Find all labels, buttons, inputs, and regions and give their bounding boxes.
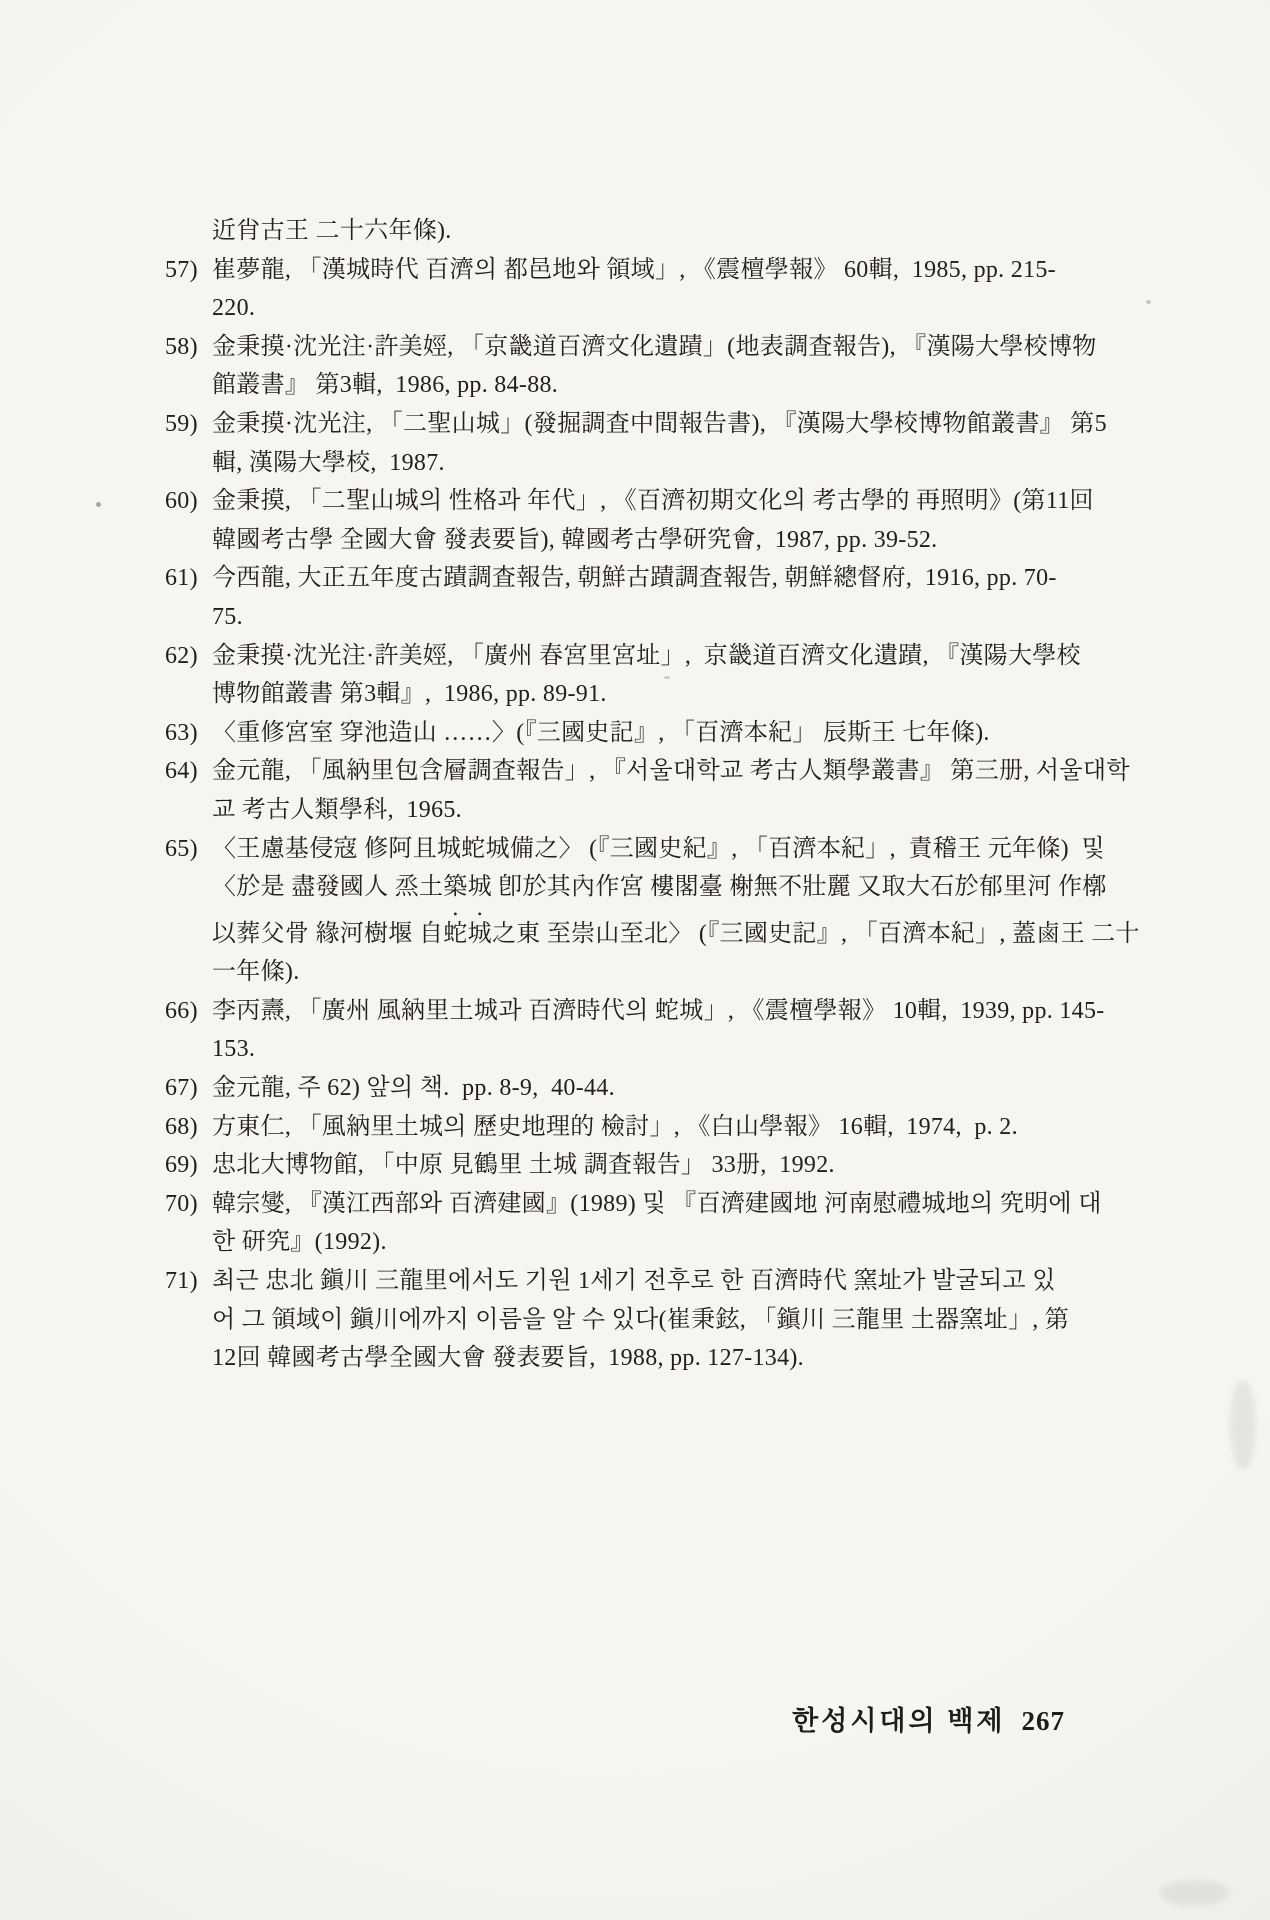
footnote-item: 69)忠北大博物館, 「中原 見鶴里 土城 調査報告」 33册, 1992. xyxy=(165,1146,1125,1185)
footnote-line: 方東仁, 「風納里土城의 歷史地理的 檢討」, 《白山學報》 16輯, 1974… xyxy=(212,1108,1125,1147)
scan-speck xyxy=(1146,300,1151,304)
footnote-line: 今西龍, 大正五年度古蹟調査報告, 朝鮮古蹟調査報告, 朝鮮總督府, 1916,… xyxy=(212,559,1125,598)
scan-speck xyxy=(96,502,101,507)
footnote-line: 220. xyxy=(212,289,1125,328)
footnote-line: 博物館叢書 第3輯』, 1986, pp. 89-91. xyxy=(212,675,1125,714)
footnote-number: 61) xyxy=(165,559,212,636)
footnote-lines: 金元龍, 주 62) 앞의 책. pp. 8-9, 40-44. xyxy=(212,1069,1125,1108)
footnote-lines: 李丙燾, 「廣州 風納里土城과 百濟時代의 蛇城」, 《震檀學報》 10輯, 1… xyxy=(212,992,1125,1069)
footnote-number: 59) xyxy=(165,405,212,482)
footnote-line: 〈王慮基侵寇 修阿且城蛇城備之〉 (『三國史紀』, 「百濟本紀」, 責稽王 元年… xyxy=(212,830,1125,869)
footnote-item: 63)〈重修宮室 穿池造山 ……〉(『三國史記』, 「百濟本紀」 辰斯王 七年條… xyxy=(165,714,1125,753)
footnote-line: 李丙燾, 「廣州 風納里土城과 百濟時代의 蛇城」, 《震檀學報》 10輯, 1… xyxy=(212,992,1125,1031)
footnote-lines: 金秉摸·沈光注, 「二聖山城」(發掘調査中間報告書), 『漢陽大學校博物館叢書』… xyxy=(212,405,1125,482)
footnote-line: 金秉摸·沈光注·許美娙, 「廣州 春宮里宮址」, 京畿道百濟文化遺蹟, 『漢陽大… xyxy=(212,637,1125,676)
footnote-line: 館叢書』 第3輯, 1986, pp. 84-88. xyxy=(212,366,1125,405)
footnote-text: 輯, 漢陽大學校, 1987. xyxy=(212,450,445,476)
footnote-item: 61)今西龍, 大正五年度古蹟調査報告, 朝鮮古蹟調査報告, 朝鮮總督府, 19… xyxy=(165,559,1125,636)
footnote-line: 韓國考古學 全國大會 發表要旨), 韓國考古學研究會, 1987, pp. 39… xyxy=(212,521,1125,560)
footnote-text: 金元龍, 주 62) 앞의 책. pp. 8-9, 40-44. xyxy=(212,1075,615,1101)
footnote-text: 한 研究』(1992). xyxy=(212,1229,387,1255)
footnote-text: 〈重修宮室 穿池造山 ……〉(『三國史記』, 「百濟本紀」 辰斯王 七年條). xyxy=(212,720,990,746)
scan-speck xyxy=(664,676,670,679)
footnote-text: 金秉摸·沈光注·許美娙, 「廣州 春宮里宮址」, 京畿道百濟文化遺蹟, 『漢陽大… xyxy=(212,643,1081,669)
footnote-text: 교 考古人類學科, 1965. xyxy=(212,797,462,823)
footnote-text: 최근 忠北 鎭川 三龍里에서도 기원 1세기 전후로 한 百濟時代 窯址가 발굴… xyxy=(212,1268,1056,1294)
footnote-lines: 金元龍, 「風納里包含層調査報告」, 『서울대학교 考古人類學叢書』 第三册, … xyxy=(212,752,1125,829)
footnote-number: 65) xyxy=(165,830,212,992)
footnote-text: 어 그 領域이 鎭川에까지 이름을 알 수 있다(崔秉鉉, 「鎭川 三龍里 土器… xyxy=(212,1307,1069,1333)
footnote-text: 〈王慮基侵寇 修阿且城蛇城備之〉 (『三國史紀』, 「百濟本紀」, 責稽王 元年… xyxy=(212,836,1105,862)
footnote-text: 李丙燾, 「廣州 風納里土城과 百濟時代의 蛇城」, 《震檀學報》 10輯, 1… xyxy=(212,998,1105,1024)
footnote-item: 59)金秉摸·沈光注, 「二聖山城」(發掘調査中間報告書), 『漢陽大學校博物館… xyxy=(165,405,1125,482)
footnote-number: 68) xyxy=(165,1108,212,1147)
footnote-text: 〈於是 盡發國人 烝土築城 卽於其內作宮 樓閣臺 榭無不壯麗 又取大石於郁里河 … xyxy=(212,874,1107,900)
scan-smudge xyxy=(1230,1380,1256,1470)
footnote-lines: 今西龍, 大正五年度古蹟調査報告, 朝鮮古蹟調査報告, 朝鮮總督府, 1916,… xyxy=(212,559,1125,636)
footnote-text: 75. xyxy=(212,604,243,630)
footnote-text: 153. xyxy=(212,1036,255,1062)
footnote-text: 以葬父骨 緣河樹堰 自 xyxy=(212,921,443,947)
footnote-lines: 〈王慮基侵寇 修阿且城蛇城備之〉 (『三國史紀』, 「百濟本紀」, 責稽王 元年… xyxy=(212,830,1125,992)
footnote-line: 一年條). xyxy=(212,953,1125,992)
footnote-number: 66) xyxy=(165,992,212,1069)
footnote-item: 68)方東仁, 「風納里土城의 歷史地理的 檢討」, 《白山學報》 16輯, 1… xyxy=(165,1108,1125,1147)
footnote-text: 今西龍, 大正五年度古蹟調査報告, 朝鮮古蹟調査報告, 朝鮮總督府, 1916,… xyxy=(212,565,1057,591)
footnote-text: 12回 韓國考古學全國大會 發表要旨, 1988, pp. 127-134). xyxy=(212,1345,804,1371)
footnote-item: 64)金元龍, 「風納里包含層調査報告」, 『서울대학교 考古人類學叢書』 第三… xyxy=(165,752,1125,829)
footnote-line: 한 研究』(1992). xyxy=(212,1223,1125,1262)
footnote-text: 之東 至崇山至北〉 (『三國史記』, 「百濟本紀」, 蓋鹵王 二十 xyxy=(492,921,1140,947)
page-footer: 한성시대의 백제267 xyxy=(753,1668,1065,1769)
footnote-number: 67) xyxy=(165,1069,212,1108)
footnote-number: 64) xyxy=(165,752,212,829)
footnote-text: 220. xyxy=(212,295,255,321)
footnote-number: 58) xyxy=(165,328,212,405)
footnote-list: 57)崔夢龍, 「漢城時代 百濟의 都邑地와 領域」, 《震檀學報》 60輯, … xyxy=(165,251,1125,1378)
footnote-text: 館叢書』 第3輯, 1986, pp. 84-88. xyxy=(212,372,558,398)
footnote-continuation-line: 近肖古王 二十六年條). xyxy=(212,212,1125,251)
page-number: 267 xyxy=(1022,1706,1066,1736)
footnote-line: 金元龍, 「風納里包含層調査報告」, 『서울대학교 考古人類學叢書』 第三册, … xyxy=(212,752,1125,791)
footnote-lines: 〈重修宮室 穿池造山 ……〉(『三國史記』, 「百濟本紀」 辰斯王 七年條). xyxy=(212,714,1125,753)
footnotes-section: 近肖古王 二十六年條). 57)崔夢龍, 「漢城時代 百濟의 都邑地와 領域」,… xyxy=(165,212,1125,1378)
footnote-lines: 忠北大博物館, 「中原 見鶴里 土城 調査報告」 33册, 1992. xyxy=(212,1146,1125,1185)
footnote-lines: 金秉摸·沈光注·許美娙, 「廣州 春宮里宮址」, 京畿道百濟文化遺蹟, 『漢陽大… xyxy=(212,637,1125,714)
footnote-number: 70) xyxy=(165,1185,212,1262)
footnote-line: 〈重修宮室 穿池造山 ……〉(『三國史記』, 「百濟本紀」 辰斯王 七年條). xyxy=(212,714,1125,753)
footnote-text: 忠北大博物館, 「中原 見鶴里 土城 調査報告」 33册, 1992. xyxy=(212,1152,835,1178)
footnote-text: 金秉摸·沈光注·許美娙, 「京畿道百濟文化遺蹟」(地表調査報告), 『漢陽大學校… xyxy=(212,334,1097,360)
footnote-text: 博物館叢書 第3輯』, 1986, pp. 89-91. xyxy=(212,681,607,707)
footnote-line: 〈於是 盡發國人 烝土築城 卽於其內作宮 樓閣臺 榭無不壯麗 又取大石於郁里河 … xyxy=(212,868,1125,907)
footnote-lines: 方東仁, 「風納里土城의 歷史地理的 檢討」, 《白山學報》 16輯, 1974… xyxy=(212,1108,1125,1147)
footnote-number: 69) xyxy=(165,1146,212,1185)
footnote-text: 金秉摸·沈光注, 「二聖山城」(發掘調査中間報告書), 『漢陽大學校博物館叢書』… xyxy=(212,411,1107,437)
footnote-line: 輯, 漢陽大學校, 1987. xyxy=(212,444,1125,483)
footnote-item: 62)金秉摸·沈光注·許美娙, 「廣州 春宮里宮址」, 京畿道百濟文化遺蹟, 『… xyxy=(165,637,1125,714)
footnote-lines: 최근 忠北 鎭川 三龍里에서도 기원 1세기 전후로 한 百濟時代 窯址가 발굴… xyxy=(212,1262,1125,1378)
footnote-lines: 韓宗燮, 『漢江西部와 百濟建國』(1989) 및 『百濟建國地 河南慰禮城地의… xyxy=(212,1185,1125,1262)
footnote-line: 어 그 領域이 鎭川에까지 이름을 알 수 있다(崔秉鉉, 「鎭川 三龍里 土器… xyxy=(212,1301,1125,1340)
footnote-text: 金元龍, 「風納里包含層調査報告」, 『서울대학교 考古人類學叢書』 第三册, … xyxy=(212,758,1130,784)
emphasized-text: 蛇城 xyxy=(443,921,492,947)
footnote-lines: 金秉摸, 「二聖山城의 性格과 年代」, 《百濟初期文化의 考古學的 再照明》(… xyxy=(212,482,1125,559)
footnote-number: 60) xyxy=(165,482,212,559)
footnote-lines: 金秉摸·沈光注·許美娙, 「京畿道百濟文化遺蹟」(地表調査報告), 『漢陽大學校… xyxy=(212,328,1125,405)
footnote-line: 153. xyxy=(212,1030,1125,1069)
footnote-item: 57)崔夢龍, 「漢城時代 百濟의 都邑地와 領域」, 《震檀學報》 60輯, … xyxy=(165,251,1125,328)
footnote-line: 韓宗燮, 『漢江西部와 百濟建國』(1989) 및 『百濟建國地 河南慰禮城地의… xyxy=(212,1185,1125,1224)
footnote-text: 金秉摸, 「二聖山城의 性格과 年代」, 《百濟初期文化의 考古學的 再照明》(… xyxy=(212,488,1094,514)
footnote-line: 金秉摸, 「二聖山城의 性格과 年代」, 《百濟初期文化의 考古學的 再照明》(… xyxy=(212,482,1125,521)
footnote-line: 75. xyxy=(212,598,1125,637)
scan-smudge xyxy=(1160,1880,1230,1906)
footnote-item: 70)韓宗燮, 『漢江西部와 百濟建國』(1989) 및 『百濟建國地 河南慰禮… xyxy=(165,1185,1125,1262)
footnote-line: 교 考古人類學科, 1965. xyxy=(212,791,1125,830)
footnote-item: 71)최근 忠北 鎭川 三龍里에서도 기원 1세기 전후로 한 百濟時代 窯址가… xyxy=(165,1262,1125,1378)
footnote-line: 金秉摸·沈光注·許美娙, 「京畿道百濟文化遺蹟」(地表調査報告), 『漢陽大學校… xyxy=(212,328,1125,367)
footnote-number: 71) xyxy=(165,1262,212,1378)
footnote-item: 65)〈王慮基侵寇 修阿且城蛇城備之〉 (『三國史紀』, 「百濟本紀」, 責稽王… xyxy=(165,830,1125,992)
footnote-text: 韓宗燮, 『漢江西部와 百濟建國』(1989) 및 『百濟建國地 河南慰禮城地의… xyxy=(212,1191,1102,1217)
footnote-line: 12回 韓國考古學全國大會 發表要旨, 1988, pp. 127-134). xyxy=(212,1339,1125,1378)
footnote-text: 韓國考古學 全國大會 發表要旨), 韓國考古學研究會, 1987, pp. 39… xyxy=(212,527,937,553)
scanned-page: 近肖古王 二十六年條). 57)崔夢龍, 「漢城時代 百濟의 都邑地와 領域」,… xyxy=(0,0,1270,1920)
footnote-number: 62) xyxy=(165,637,212,714)
footnote-item: 67)金元龍, 주 62) 앞의 책. pp. 8-9, 40-44. xyxy=(165,1069,1125,1108)
footnote-item: 60)金秉摸, 「二聖山城의 性格과 年代」, 《百濟初期文化의 考古學的 再照… xyxy=(165,482,1125,559)
footnote-text: 方東仁, 「風納里土城의 歷史地理的 檢討」, 《白山學報》 16輯, 1974… xyxy=(212,1114,1018,1140)
footnote-text: 崔夢龍, 「漢城時代 百濟의 都邑地와 領域」, 《震檀學報》 60輯, 198… xyxy=(212,257,1056,283)
footnote-line: 以葬父骨 緣河樹堰 自蛇城之東 至崇山至北〉 (『三國史記』, 「百濟本紀」, … xyxy=(212,907,1125,954)
footnote-line: 최근 忠北 鎭川 三龍里에서도 기원 1세기 전후로 한 百濟時代 窯址가 발굴… xyxy=(212,1262,1125,1301)
footnote-line: 金秉摸·沈光注, 「二聖山城」(發掘調査中間報告書), 『漢陽大學校博物館叢書』… xyxy=(212,405,1125,444)
footnote-lines: 崔夢龍, 「漢城時代 百濟의 都邑地와 領域」, 《震檀學報》 60輯, 198… xyxy=(212,251,1125,328)
footnote-line: 金元龍, 주 62) 앞의 책. pp. 8-9, 40-44. xyxy=(212,1069,1125,1108)
running-title: 한성시대의 백제 xyxy=(792,1706,1005,1736)
footnote-number: 57) xyxy=(165,251,212,328)
footnote-item: 58)金秉摸·沈光注·許美娙, 「京畿道百濟文化遺蹟」(地表調査報告), 『漢陽… xyxy=(165,328,1125,405)
footnote-line: 忠北大博物館, 「中原 見鶴里 土城 調査報告」 33册, 1992. xyxy=(212,1146,1125,1185)
footnote-item: 66)李丙燾, 「廣州 風納里土城과 百濟時代의 蛇城」, 《震檀學報》 10輯… xyxy=(165,992,1125,1069)
footnote-number: 63) xyxy=(165,714,212,753)
footnote-line: 崔夢龍, 「漢城時代 百濟의 都邑地와 領域」, 《震檀學報》 60輯, 198… xyxy=(212,251,1125,290)
footnote-text: 一年條). xyxy=(212,959,300,985)
